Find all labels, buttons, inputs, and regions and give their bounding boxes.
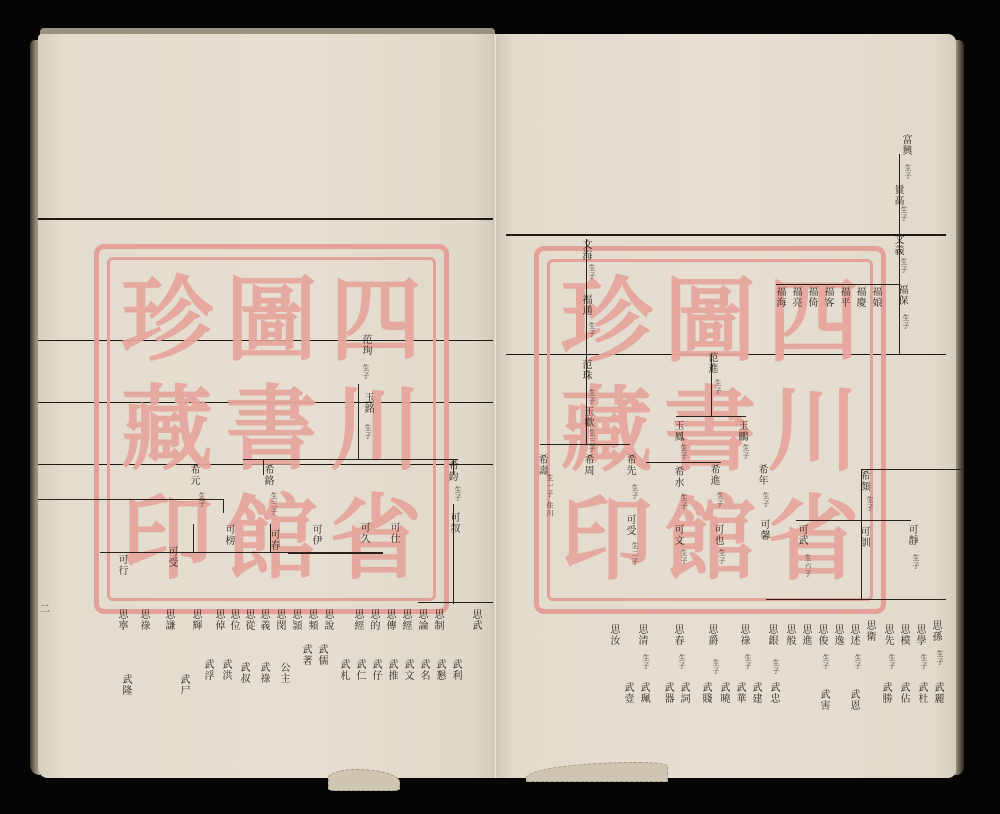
person-note: 生子 [742, 444, 749, 460]
person-name: 可文 [672, 524, 682, 546]
margin-mark: 二 [40, 600, 50, 615]
person-name: 福娘 [870, 286, 880, 308]
person-name: 可行 [116, 554, 126, 576]
person-note: 生子 [454, 486, 461, 502]
person-name: 武器 [662, 682, 672, 704]
person-name: 富興 [900, 134, 910, 156]
person-name: 玉銘 [362, 392, 372, 414]
open-book-photo: 四 圖 珍 川 書 藏 省 館 印 范珣 生子 玉銘 生子 希元 [0, 0, 1000, 814]
person-note: 生子 [198, 492, 205, 508]
person-name: 武華 [734, 682, 744, 704]
person-name: 玉鳳 [672, 420, 682, 442]
person-name: 希鉻 [262, 464, 272, 486]
person-name: 武札 [338, 659, 348, 681]
person-name: 可仕 [388, 522, 398, 544]
person-name: 武文 [402, 659, 412, 681]
person-name: 武隆 [120, 674, 130, 696]
person-name: 可也 [712, 524, 722, 546]
person-note: 生子 [762, 492, 769, 508]
person-note: 生子 [718, 549, 725, 565]
person-name: 思傳 [384, 609, 394, 631]
person-note: 生子 [854, 654, 861, 670]
seal-char: 珍 [555, 267, 658, 376]
right-page: 四 圖 珍 川 書 藏 省 館 印 富興 生子 貴高 生子 文義 [496, 34, 956, 778]
seal-characters: 四 圖 珍 川 書 藏 省 館 印 [555, 267, 865, 593]
person-name: 希先 [624, 454, 634, 476]
person-name: 可受 [624, 514, 634, 536]
seal-char: 圖 [219, 265, 323, 374]
person-name: 思學 [914, 624, 924, 646]
person-name: 思模 [898, 624, 908, 646]
seal-char: 川 [324, 374, 428, 483]
person-name: 福亮 [790, 286, 800, 308]
paper-damage [328, 769, 400, 791]
person-name: 思武 [470, 609, 480, 631]
person-name: 思春 [672, 624, 682, 646]
person-note: 生子 [588, 264, 595, 280]
person-name: 福海 [774, 286, 784, 308]
person-name: 思閔 [274, 609, 284, 631]
person-name: 武祿 [258, 662, 268, 684]
person-name: 可春 [268, 529, 278, 551]
person-name: 思經 [352, 609, 362, 631]
person-name: 可伊 [310, 524, 320, 546]
person-name: 思述 [848, 624, 858, 646]
person-name: 思孫 [930, 620, 940, 642]
person-note: 生一子 住川 [546, 474, 553, 517]
person-name: 希元 [188, 464, 198, 486]
person-name: 思經 [400, 609, 410, 631]
person-name: 思俊 [816, 624, 826, 646]
person-name: 武著 [300, 644, 310, 666]
person-name: 希鈞 [446, 460, 456, 482]
person-name: 武仔 [370, 659, 380, 681]
person-name: 福保 [896, 284, 906, 306]
person-name: 武壹 [622, 682, 632, 704]
person-note: 生子 [866, 496, 873, 512]
person-name: 福通 [580, 294, 590, 316]
person-name: 思頴 [290, 609, 300, 631]
person-name: 思倬 [213, 609, 223, 631]
person-name: 思寧 [116, 609, 126, 631]
person-note: 生三子 [270, 492, 277, 516]
person-name: 武曉 [718, 682, 728, 704]
person-name: 武名 [418, 659, 428, 681]
person-name: 范珠 [580, 359, 590, 381]
person-name: 希壽 [536, 454, 546, 476]
person-name: 思說 [322, 609, 332, 631]
person-name: 武佔 [898, 682, 908, 704]
person-note: 生二子 [631, 542, 638, 566]
person-note: 生子 [680, 444, 687, 460]
person-note: 生子 [678, 654, 685, 670]
seal-char: 藏 [115, 374, 219, 483]
person-name: 武賤 [700, 682, 710, 704]
person-note: 生子 [822, 654, 829, 670]
person-note: 生子 [912, 554, 919, 570]
person-name: 可受 [166, 546, 176, 568]
person-name: 玉鵬 [736, 420, 746, 442]
person-name: 福慶 [854, 286, 864, 308]
person-note: 生子 [364, 424, 371, 440]
person-note: 生子 [920, 654, 927, 670]
horizontal-rule [506, 234, 946, 236]
person-name: 可靜 [906, 524, 916, 546]
person-name: 思銀 [766, 624, 776, 646]
person-name: 福客 [822, 286, 832, 308]
person-note: 生子 [680, 494, 687, 510]
person-name: 武浮 [202, 659, 212, 681]
person-note: 生子 [362, 364, 369, 380]
person-note: 生子 [900, 206, 907, 222]
person-name: 思位 [228, 609, 238, 631]
person-name: 可馨 [758, 519, 768, 541]
person-name: 公主 [278, 662, 288, 684]
left-page: 四 圖 珍 川 書 藏 省 館 印 范珣 生子 玉銘 生子 希元 [38, 34, 496, 778]
person-name: 福平 [838, 286, 848, 308]
person-name: 武洪 [220, 659, 230, 681]
person-name: 思謙 [163, 609, 173, 631]
person-name: 武忠 [768, 682, 778, 704]
person-name: 思從 [243, 609, 253, 631]
person-note: 生六子 [804, 554, 811, 578]
person-name: 希年 [756, 464, 766, 486]
person-name: 思先 [882, 624, 892, 646]
person-name: 武害 [818, 689, 828, 711]
person-name: 思進 [800, 624, 810, 646]
person-name: 希顏 [858, 470, 868, 492]
person-name: 武勝 [880, 682, 890, 704]
person-note: 生子 [772, 659, 779, 675]
person-note: 生子 [631, 484, 638, 500]
person-name: 思制 [432, 609, 442, 631]
person-name: 武尸 [178, 674, 188, 696]
person-name: 思汝 [608, 624, 618, 646]
person-name: 可叙 [448, 512, 458, 534]
person-note: 生子 [888, 654, 895, 670]
person-name: 思清 [636, 624, 646, 646]
person-note: 生子 [712, 659, 719, 675]
person-name: 文海 [580, 239, 590, 261]
seal-char: 省 [762, 484, 865, 593]
person-note: 生子 [936, 650, 943, 666]
person-name: 貴高 [892, 184, 902, 206]
seal-char: 珍 [115, 265, 219, 374]
library-seal: 四 圖 珍 川 書 藏 省 館 印 [94, 244, 449, 614]
person-name: 思輝 [190, 609, 200, 631]
person-note: 生子 [900, 258, 907, 274]
person-name: 武杜 [916, 682, 926, 704]
person-name: 思頻 [306, 609, 316, 631]
seal-char: 川 [762, 376, 865, 485]
person-name: 可訓 [858, 526, 868, 548]
person-name: 武儒 [316, 644, 326, 666]
seal-char: 省 [324, 484, 428, 593]
person-note: 生子 [714, 379, 721, 395]
person-note: 生子 [680, 549, 687, 565]
seal-char: 四 [324, 265, 428, 374]
person-name: 可榜 [223, 524, 233, 546]
person-name: 武推 [386, 659, 396, 681]
person-name: 范珣 [360, 334, 370, 356]
person-name: 可久 [358, 522, 368, 544]
person-name: 武恩 [848, 689, 858, 711]
seal-char: 印 [555, 484, 658, 593]
person-name: 可武 [796, 524, 806, 546]
person-name: 武叔 [238, 662, 248, 684]
person-name: 福倚 [806, 286, 816, 308]
person-note: 生子 [904, 164, 911, 180]
person-note: 生子 [588, 322, 595, 338]
paper-damage [526, 762, 668, 782]
person-name: 武麗 [932, 682, 942, 704]
person-name: 范進 [706, 352, 716, 374]
person-name: 武懇 [434, 659, 444, 681]
horizontal-rule [38, 218, 496, 220]
person-name: 思論 [416, 609, 426, 631]
person-note: 生子 [902, 314, 909, 330]
person-name: 思衛 [864, 620, 874, 642]
person-name: 武建 [750, 682, 760, 704]
person-name: 思的 [368, 609, 378, 631]
person-name: 思爵 [706, 624, 716, 646]
person-name: 思義 [258, 609, 268, 631]
person-name: 思般 [784, 624, 794, 646]
person-name: 文義 [892, 234, 902, 256]
person-name: 希水 [672, 466, 682, 488]
person-name: 思祿 [738, 624, 748, 646]
person-note: 生子 [744, 654, 751, 670]
person-note: 生三子 [588, 429, 595, 453]
person-name: 玉歡 [582, 406, 592, 428]
person-name: 希進 [708, 464, 718, 486]
person-note: 生子 [642, 654, 649, 670]
person-name: 武珮 [638, 682, 648, 704]
person-note: 生子 [716, 492, 723, 508]
person-name: 希周 [582, 454, 592, 476]
person-name: 思祿 [138, 609, 148, 631]
person-name: 武詞 [678, 682, 688, 704]
person-name: 武利 [450, 659, 460, 681]
person-name: 思逸 [832, 624, 842, 646]
person-name: 武仁 [354, 659, 364, 681]
person-note: 生子 [588, 389, 595, 405]
seal-char: 藏 [555, 376, 658, 485]
